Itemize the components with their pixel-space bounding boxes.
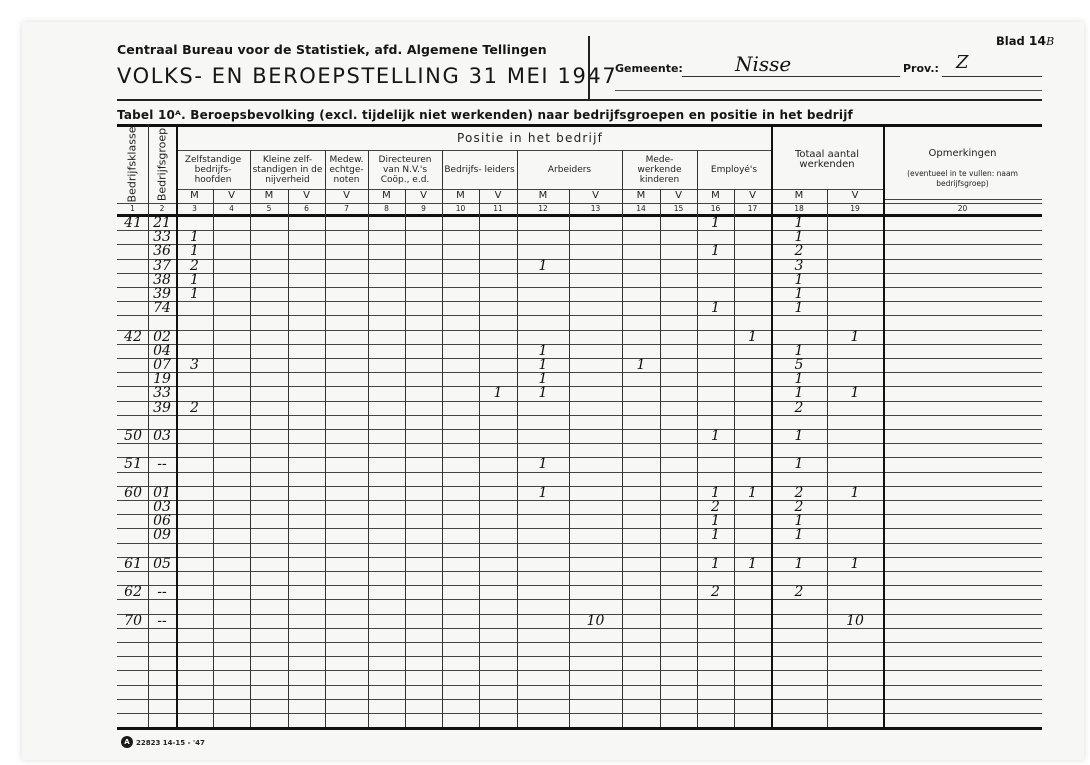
sheet-number: Blad 14B [996,33,1054,48]
gemeente-second-line [615,90,1042,91]
printer-logo-icon: A [121,736,133,748]
prov-line [942,76,1042,77]
organization-name: Centraal Bureau voor de Statistiek, afd.… [117,42,547,57]
print-code: 22823 14-15 - '47 [136,739,205,747]
prov-field[interactable]: Z [956,52,969,73]
form-title: VOLKS- EN BEROEPSTELLING 31 MEI 1947 [117,64,617,88]
blad-number: 14 [1029,33,1046,48]
blad-suffix: B [1046,35,1054,48]
gemeente-label: Gemeente: [615,62,683,75]
census-form-sheet [22,22,1084,760]
blad-label: Blad [996,34,1025,48]
gemeente-line [682,76,900,77]
prov-label: Prov.: [903,62,939,75]
header-rule [117,99,1042,101]
table-caption: Tabel 10ᴬ. Beroepsbevolking (excl. tijde… [117,108,853,122]
gemeente-field[interactable]: Nisse [735,52,791,76]
header-divider [588,36,590,99]
